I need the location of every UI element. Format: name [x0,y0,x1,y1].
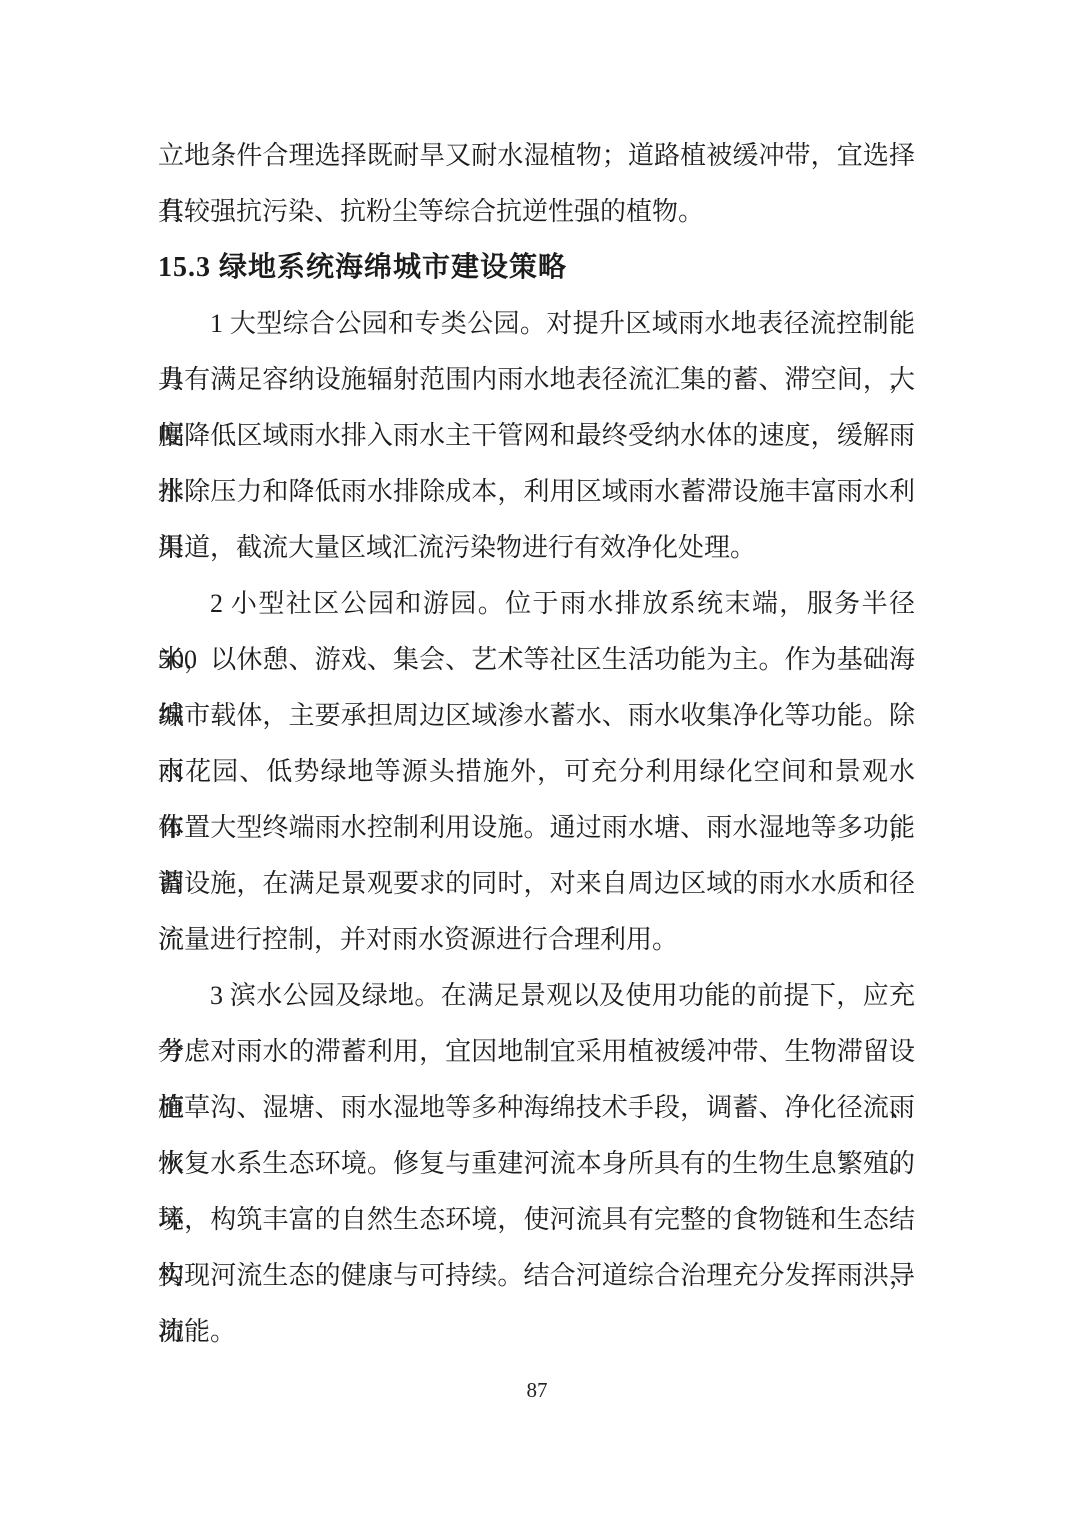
body-text-line: 蓄设施，在满足景观要求的同时，对来自周边区域的雨水水质和径流 [158,856,915,912]
body-text-line: 实现河流生态的健康与可持续。结合河道综合治理充分发挥雨洪导流 [158,1248,915,1304]
page-body-text: 立地条件合理选择既耐旱又耐水湿植物；道路植被缓冲带，宜选择具 有较强抗污染、抗粉… [158,128,915,1360]
body-text-line: 度降低区域雨水排入雨水主干管网和最终受纳水体的速度，缓解雨水 [158,408,915,464]
page-number: 87 [527,1378,548,1402]
body-text-line: 1 大型综合公园和专类公园。对提升区域雨水地表径流控制能力， [158,296,915,352]
page-footer: 87 [0,1378,1074,1403]
body-text-line: 有较强抗污染、抗粉尘等综合抗逆性强的植物。 [158,184,915,240]
body-text-line: 立地条件合理选择既耐旱又耐水湿植物；道路植被缓冲带，宜选择具 [158,128,915,184]
body-text-line: 考虑对雨水的滞蓄利用，宜因地制宜采用植被缓冲带、生物滞留设施、 [158,1024,915,1080]
body-text-line: 具有满足容纳设施辐射范围内雨水地表径流汇集的蓄、滞空间，大幅 [158,352,915,408]
body-text-line: 渠道，截流大量区域汇流污染物进行有效净化处理。 [158,520,915,576]
body-text-line: 布置大型终端雨水控制利用设施。通过雨水塘、雨水湿地等多功能调 [158,800,915,856]
body-text-line: 米，以休憩、游戏、集会、艺术等社区生活功能为主。作为基础海绵 [158,632,915,688]
document-page: 立地条件合理选择既耐旱又耐水湿植物；道路植被缓冲带，宜选择具 有较强抗污染、抗粉… [0,0,1074,1520]
body-text-line: 2 小型社区公园和游园。位于雨水排放系统末端，服务半径 500 [158,576,915,632]
body-text-line: 3 滨水公园及绿地。在满足景观以及使用功能的前提下，应充分 [158,968,915,1024]
body-text-line: 恢复水系生态环境。修复与重建河流本身所具有的生物生息繁殖的环 [158,1136,915,1192]
body-text-line: 植草沟、湿塘、雨水湿地等多种海绵技术手段，调蓄、净化径流雨水。 [158,1080,915,1136]
body-text-line: 水花园、低势绿地等源头措施外，可充分利用绿化空间和景观水体， [158,744,915,800]
section-heading: 15.3 绿地系统海绵城市建设策略 [158,240,915,296]
body-text-line: 排除压力和降低雨水排除成本，利用区域雨水蓄滞设施丰富雨水利用 [158,464,915,520]
body-text-line: 境，构筑丰富的自然生态环境，使河流具有完整的食物链和生态结构， [158,1192,915,1248]
body-text-line: 城市载体，主要承担周边区域渗水蓄水、雨水收集净化等功能。除雨 [158,688,915,744]
body-text-line: 流量进行控制，并对雨水资源进行合理利用。 [158,912,915,968]
body-text-line: 功能。 [158,1304,915,1360]
